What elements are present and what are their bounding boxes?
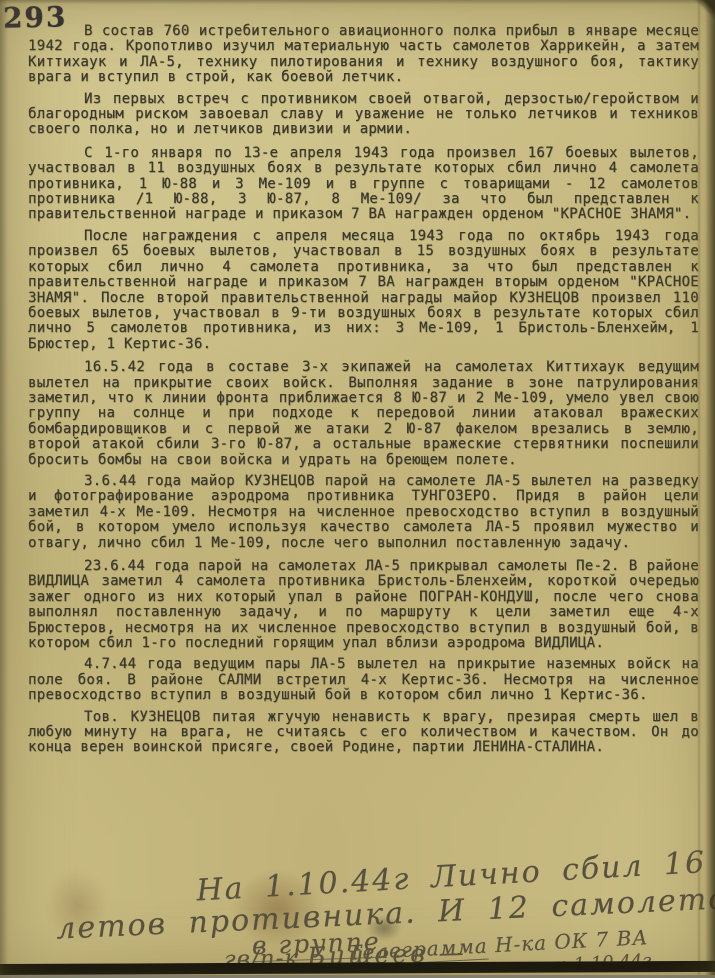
typed-paragraph-reputation: Из первых встреч с противником своей отв…	[28, 92, 699, 138]
typed-paragraph-first-award: С 1-го января по 13-е апреля 1943 года п…	[28, 146, 699, 223]
paper-edge-left	[0, 0, 8, 978]
typed-paragraph-4-7-44: 4.7.44 года ведущим пары ЛА-5 вылетел на…	[28, 657, 699, 703]
paper-edge-right	[705, 0, 715, 978]
typed-paragraph-23-6-44: 23.6.44 года парой на самолетах ЛА-5 при…	[28, 559, 699, 651]
typed-paragraph-16-5-42: 16.5.42 года в составе 3-х экипажей на с…	[28, 360, 699, 468]
paper-corner-top-right	[691, 0, 715, 38]
typed-paragraph-second-award: После награждения с апреля месяца 1943 г…	[28, 229, 699, 352]
paper-crease-right	[697, 0, 701, 978]
typed-paragraph-conclusion: Тов. КУЗНЕЦОВ питая жгучую ненависть к в…	[28, 710, 699, 756]
paper-edge-top	[0, 0, 715, 4]
typed-paragraph-3-6-44: 3.6.44 года майор КУЗНЕЦОВ парой на само…	[28, 474, 699, 551]
typed-paragraph-intro: В состав 760 истребительного авиационног…	[28, 24, 699, 86]
scanned-document-page: 293 В состав 760 истребительного авиацио…	[0, 0, 715, 978]
typed-text-block: В состав 760 истребительного авиационног…	[28, 24, 699, 762]
